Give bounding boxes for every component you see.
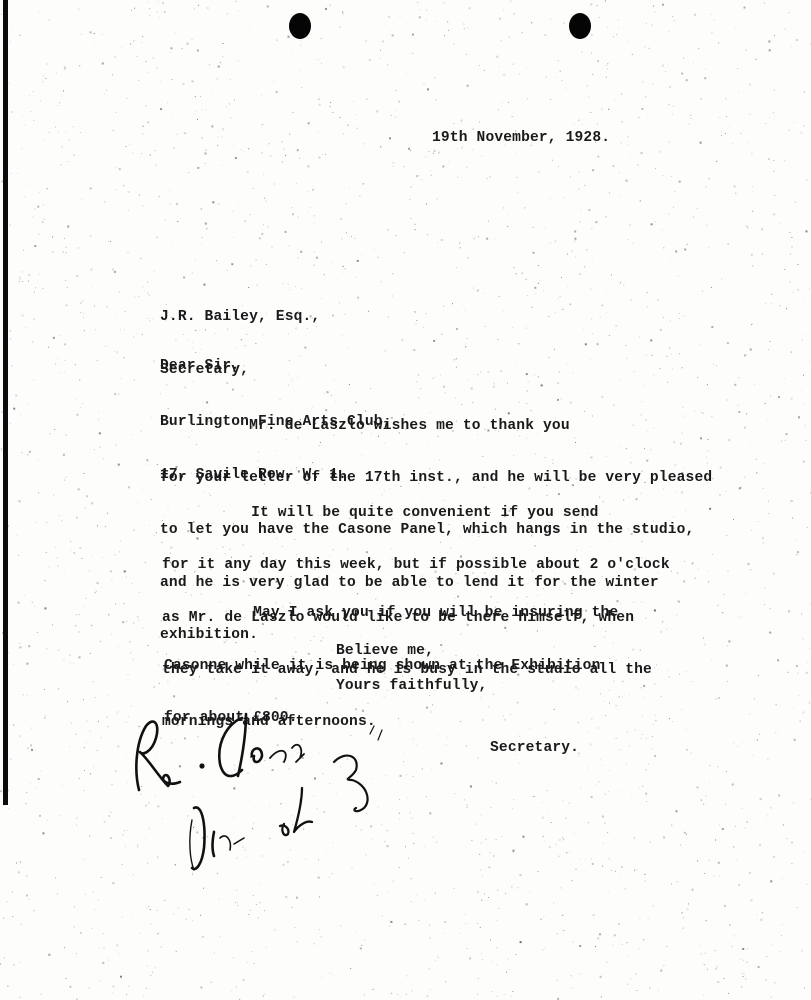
handwritten-note-text: Re. Closs / Insd 3 [120,700,129,701]
salutation: Dear Sir, [160,358,240,376]
closing-yours-faithfully: Yours faithfully, [336,678,487,696]
address-line: J.R. Bailey, Esq., [160,309,392,327]
body-line: It will be quite convenient if you send [162,505,670,522]
body-line: Mr. de Laszlo wishes me to thank you [160,418,712,435]
punch-hole-right [569,13,591,39]
closing-believe-me: Believe me, [336,643,434,661]
punch-hole-left [289,13,311,39]
letter-page: 19th November, 1928. J.R. Bailey, Esq., … [0,0,811,1000]
letter-date: 19th November, 1928. [432,130,610,148]
page-edge-shadow [3,0,8,805]
body-line: May I ask you if you will be insuring th… [164,605,618,623]
handwriting-strokes: Re. Closs / Insd 3 [120,700,420,890]
handwritten-annotation: Re. Closs / Insd 3 [120,700,420,890]
signature-title: Secretary. [490,740,579,758]
